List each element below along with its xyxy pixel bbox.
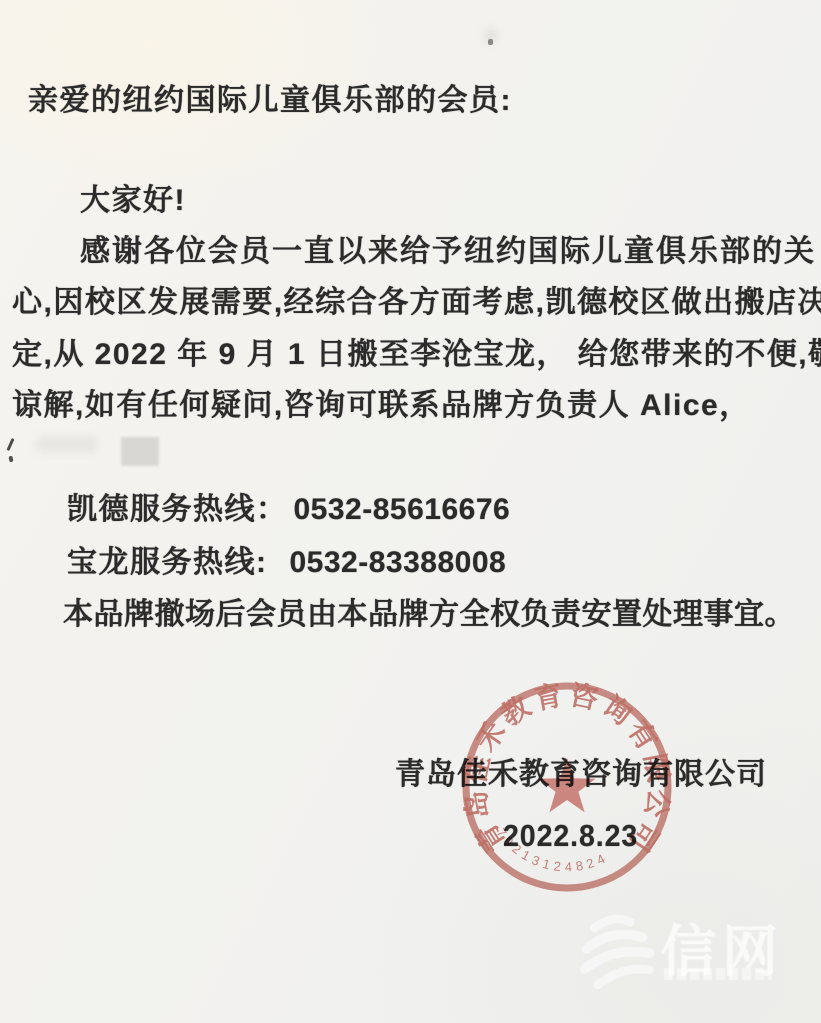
company-seal-graphic: 青岛佳禾教育咨询有限公司 702131248242 (452, 672, 682, 902)
ink-speck (488, 39, 493, 45)
hotline-baolong-label: 宝龙服务热线: (67, 546, 268, 579)
body-line-3: 定,从 2022 年 9 月 1 日搬至李沧宝龙， 给您带来的不便,敬请 (12, 340, 821, 370)
company-seal: 青岛佳禾教育咨询有限公司 702131248242 (452, 672, 682, 902)
salutation: 亲爱的纽约国际儿童俱乐部的会员: (28, 86, 512, 116)
letter-photo: 亲爱的纽约国际儿童俱乐部的会员: 大家好! 感谢各位会员一直以来给予纽约国际儿童… (0, 0, 821, 1023)
hotline-baolong: 宝龙服务热线:0532-83388008 (67, 548, 506, 578)
closing-statement: 本品牌撤场后会员由本品牌方全权负责安置处理事宜。 (63, 600, 795, 630)
hotline-kaide: 凯德服务热线：0532-85616676 (67, 495, 510, 525)
site-watermark: 信网 (560, 900, 810, 1010)
hotline-baolong-number: 0532-83388008 (290, 546, 507, 579)
redacted-contact-block (121, 437, 159, 466)
watermark-subtext-blur (664, 968, 772, 980)
hotline-kaide-number: 0532-85616676 (294, 493, 511, 526)
seal-star-icon (539, 758, 596, 812)
hotline-kaide-label: 凯德服务热线： (67, 493, 288, 526)
body-line-4: 谅解,如有任何疑问,咨询可联系品牌方负责人 Alice， (12, 391, 751, 421)
redacted-contact-mark (6, 438, 14, 451)
body-line-1: 感谢各位会员一直以来给予纽约国际儿童俱乐部的关 (80, 237, 816, 267)
redacted-contact-mark-dot (9, 456, 14, 463)
xinwang-logo-icon (568, 910, 660, 996)
greeting: 大家好! (80, 186, 186, 216)
redacted-contact-smudge (36, 436, 98, 453)
body-line-2: 心,因校区发展需要,经综合各方面考虑,凯德校区做出搬店决 (12, 288, 821, 318)
